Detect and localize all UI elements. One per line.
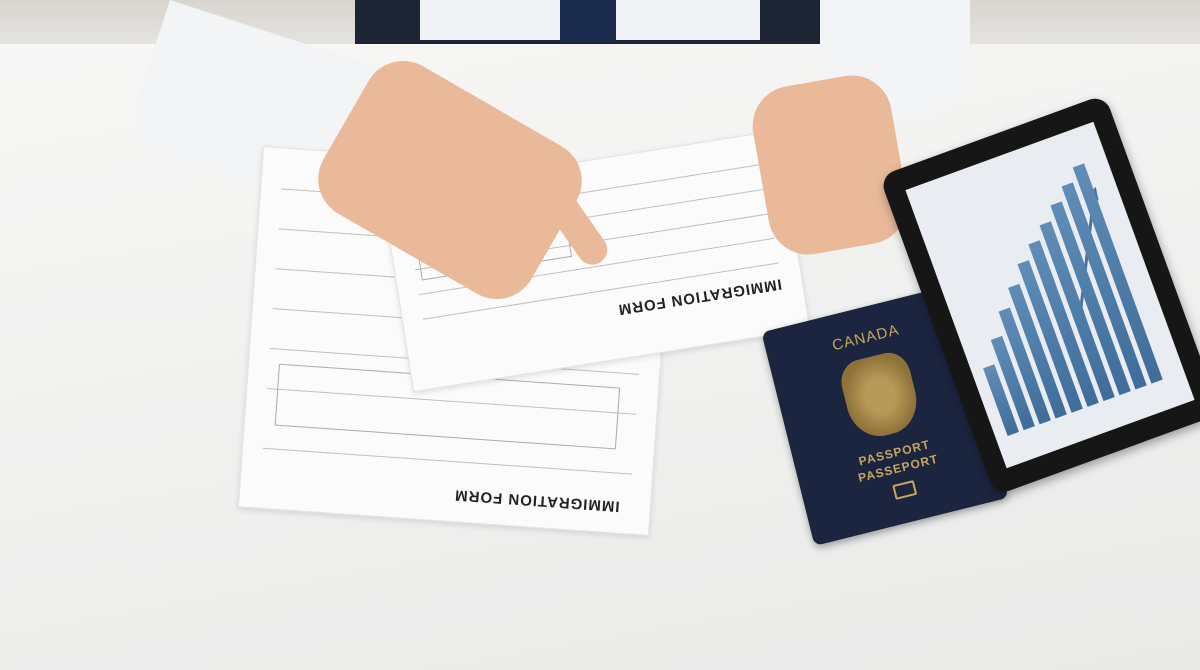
- form-title: IMMIGRATION FORM: [454, 486, 620, 515]
- biometric-chip-icon: [892, 480, 917, 500]
- coat-of-arms-icon: [837, 348, 924, 443]
- form-title: IMMIGRATION FORM: [617, 275, 783, 318]
- necktie: [560, 0, 616, 42]
